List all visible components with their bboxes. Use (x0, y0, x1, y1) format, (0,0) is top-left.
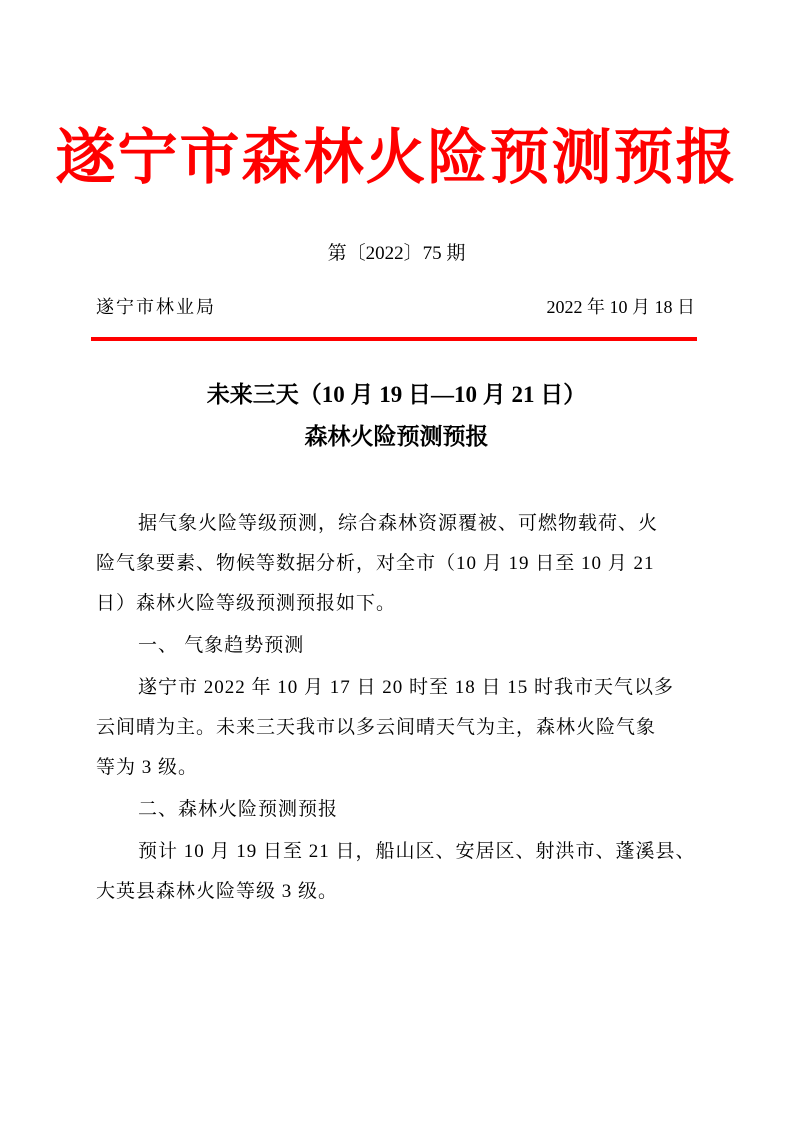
intro-line: 日）森林火险等级预测预报如下。 (96, 590, 700, 618)
issue-number: 第〔2022〕75 期 (0, 238, 793, 265)
publish-date: 2022 年 10 月 18 日 (547, 293, 696, 319)
document-title-line1: 未来三天（10 月 19 日—10 月 21 日） (0, 376, 793, 409)
section-line: 等为 3 级。 (96, 754, 700, 782)
document-title-line2: 森林火险预测预报 (0, 418, 793, 451)
section-heading-forecast: 二、森林火险预测预报 (138, 796, 742, 824)
masthead-title: 遂宁市森林火险预测预报 (0, 118, 793, 198)
issuer: 遂宁市林业局 (96, 293, 216, 319)
section-line: 遂宁市 2022 年 10 月 17 日 20 时至 18 日 15 时我市天气… (138, 674, 742, 702)
section-line: 大英县森林火险等级 3 级。 (96, 878, 700, 906)
section-line: 预计 10 月 19 日至 21 日，船山区、安居区、射洪市、蓬溪县、 (138, 838, 742, 866)
section-line: 云间晴为主。未来三天我市以多云间晴天气为主，森林火险气象 (96, 714, 700, 742)
section-heading-weather: 一、 气象趋势预测 (138, 632, 742, 660)
intro-line: 据气象火险等级预测，综合森林资源覆被、可燃物载荷、火 (138, 510, 742, 538)
red-divider (91, 337, 697, 341)
intro-line: 险气象要素、物候等数据分析，对全市（10 月 19 日至 10 月 21 (96, 550, 700, 578)
